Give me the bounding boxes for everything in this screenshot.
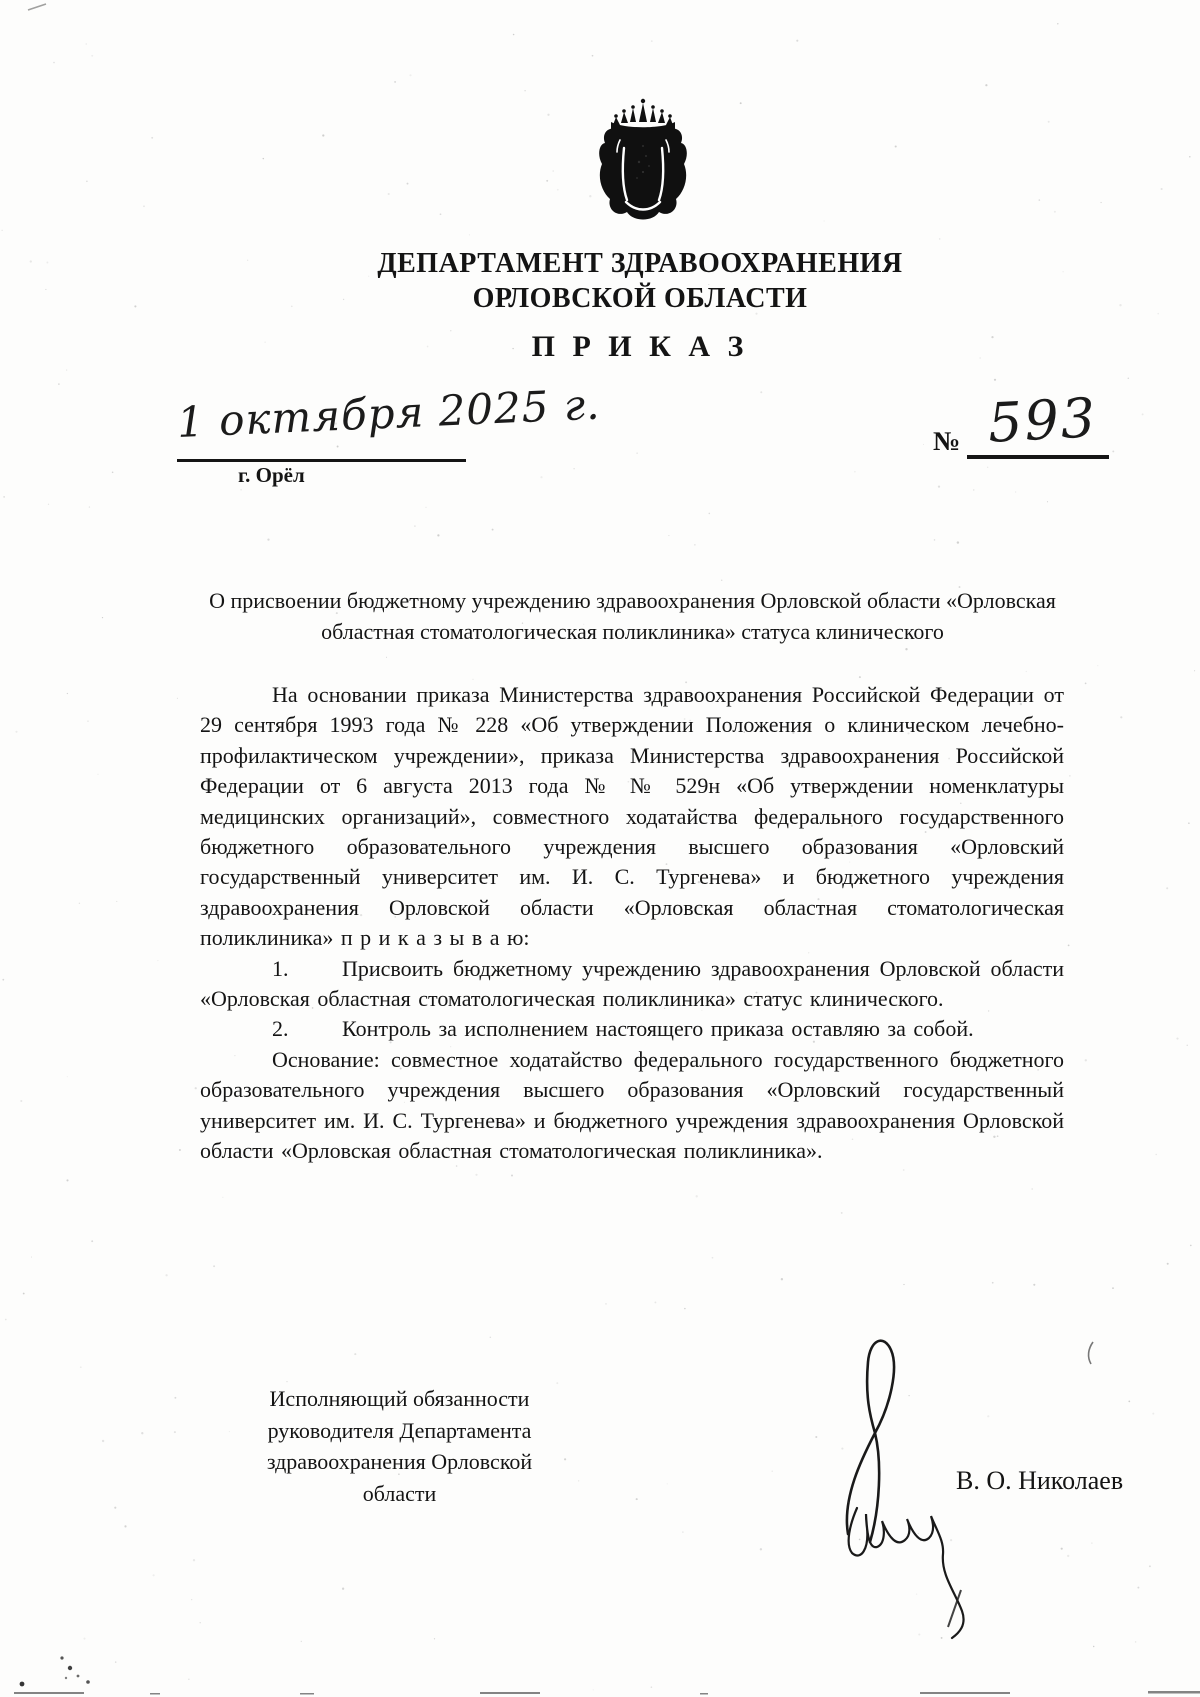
signer-name: В. О. Николаев [956, 1466, 1123, 1496]
order-item-2: 2.Контроль за исполнением настоящего при… [200, 1014, 1064, 1044]
document-type-title: П Р И К А З [290, 330, 990, 364]
signer-position-line4: области [242, 1478, 557, 1510]
org-name-line2: ОРЛОВСКОЙ ОБЛАСТИ [290, 281, 990, 316]
number-sign: № [933, 426, 960, 457]
org-name-line1: ДЕПАРТАМЕНТ ЗДРАВООХРАНЕНИЯ [290, 246, 990, 281]
item-1-number: 1. [272, 954, 342, 984]
order-item-1: 1.Присвоить бюджетному учреждению здраво… [200, 954, 1064, 1015]
coat-of-arms-icon [594, 98, 692, 224]
number-underline [967, 455, 1109, 459]
order-subject: О присвоении бюджетному учреждению здрав… [195, 585, 1070, 647]
date-underline [177, 459, 466, 462]
handwritten-date: 1 октября 2025 г. [176, 384, 601, 444]
item-2-text: Контроль за исполнением настоящего прика… [342, 1016, 974, 1041]
scanned-order-document: ДЕПАРТАМЕНТ ЗДРАВООХРАНЕНИЯ ОРЛОВСКОЙ ОБ… [0, 0, 1200, 1697]
signer-position-line1: Исполняющий обязанности [242, 1383, 557, 1415]
signer-position-line2: руководителя Департамента [242, 1415, 557, 1447]
basis-paragraph: Основание: совместное ходатайство федера… [200, 1045, 1064, 1167]
order-body: На основании приказа Министерства здраво… [200, 680, 1064, 1167]
place-label: г. Орёл [238, 463, 305, 488]
item-2-number: 2. [272, 1014, 342, 1044]
org-name: ДЕПАРТАМЕНТ ЗДРАВООХРАНЕНИЯ ОРЛОВСКОЙ ОБ… [290, 246, 990, 316]
signer-position-line3: здравоохранения Орловской [242, 1446, 557, 1478]
signer-position: Исполняющий обязанности руководителя Деп… [242, 1383, 557, 1509]
preamble-paragraph: На основании приказа Министерства здраво… [200, 680, 1064, 954]
handwritten-number: 593 [987, 391, 1099, 451]
